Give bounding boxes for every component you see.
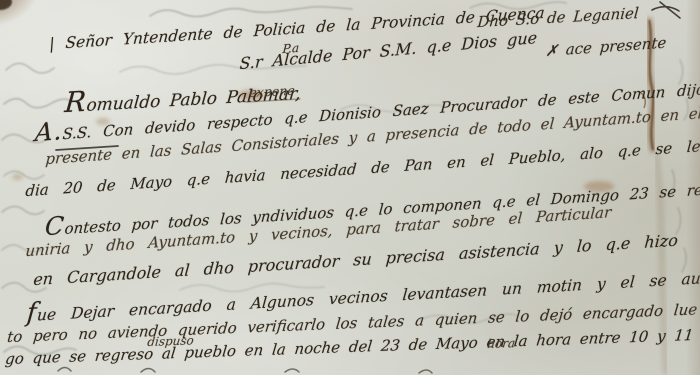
manuscript-photo: | Señor Yntendente de Policia de la Prov… — [0, 0, 700, 375]
corner-stain — [0, 0, 38, 28]
manuscript-superscript-sup-expone: expone — [249, 84, 296, 100]
manuscript-address-continuation-line-2b: ✗ ace presente — [545, 36, 667, 60]
manuscript-superscript-sup-hora: hora — [487, 337, 516, 351]
ink-smudge — [12, 174, 23, 180]
page-edge-shading — [686, 0, 700, 375]
